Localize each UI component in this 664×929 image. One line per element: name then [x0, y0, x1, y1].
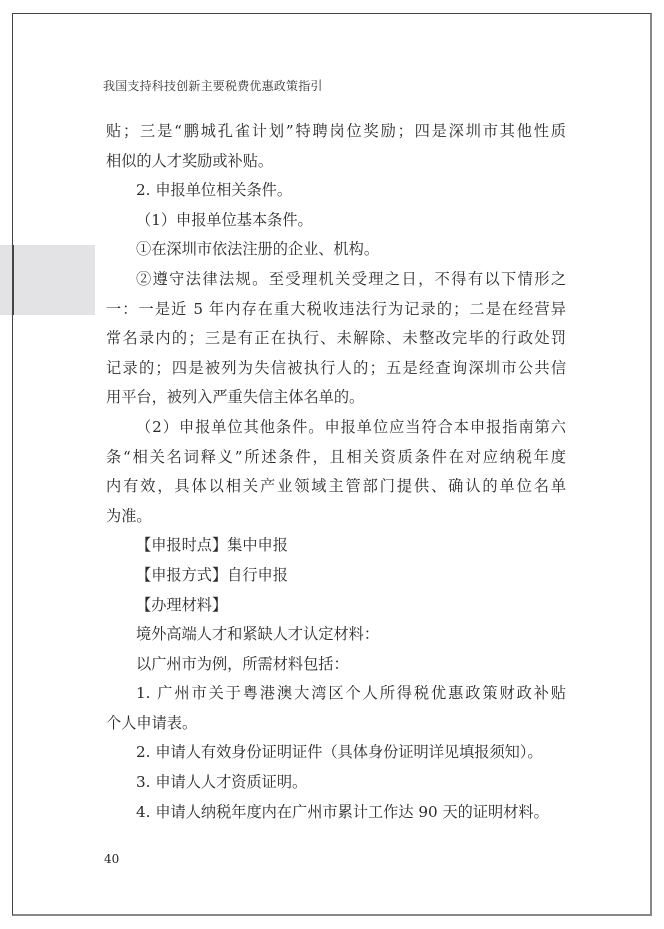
filing-method-label: 【申报方式】自行申报 — [106, 561, 566, 591]
filing-time-label: 【申报时点】集中申报 — [106, 531, 566, 561]
list-item: ②遵守法律法规。至受理机关受理之日，不得有以下情形之 — [106, 265, 566, 295]
frame-edge-line — [12, 245, 14, 315]
text-line: 条“相关名词释义”所述条件，且相关资质条件在对应纳税年度 — [106, 443, 566, 473]
list-item: 1. 广州市关于粤港澳大湾区个人所得税优惠政策财政补贴 — [106, 679, 566, 709]
text-line: 以广州市为例，所需材料包括： — [106, 650, 566, 680]
page-number: 40 — [104, 852, 119, 866]
text-line: 相似的人才奖励或补贴。 — [106, 147, 566, 177]
section-heading: 2. 申报单位相关条件。 — [106, 176, 566, 206]
text-line: 为准。 — [106, 502, 566, 532]
chapter-side-tab — [0, 245, 95, 315]
materials-heading: 【办理材料】 — [106, 591, 566, 621]
list-item: 2. 申请人有效身份证明证件（具体身份证明详见填报须知）。 — [106, 738, 566, 768]
running-header: 我国支持科技创新主要税费优惠政策指引 — [103, 77, 323, 94]
list-item: 3. 申请人人才资质证明。 — [106, 768, 566, 798]
list-item: ①在深圳市依法注册的企业、机构。 — [106, 235, 566, 265]
text-line: 个人申请表。 — [106, 709, 566, 739]
text-line: 记录的；四是被列为失信被执行人的；五是经查询深圳市公共信 — [106, 354, 566, 384]
body-text: 贴；三是“鹏城孔雀计划”特聘岗位奖励；四是深圳市其他性质 相似的人才奖励或补贴。… — [106, 117, 566, 827]
list-item: 4. 申请人纳税年度内在广州市累计工作达 90 天的证明材料。 — [106, 798, 566, 828]
subsection-heading: （2）申报单位其他条件。申报单位应当符合本申报指南第六 — [106, 413, 566, 443]
subsection-heading: （1）申报单位基本条件。 — [106, 206, 566, 236]
text-line: 常名录内的；三是有正在执行、未解除、未整改完毕的行政处罚 — [106, 324, 566, 354]
text-line: 一：一是近 5 年内存在重大税收违法行为记录的；二是在经营异 — [106, 295, 566, 325]
text-line: 贴；三是“鹏城孔雀计划”特聘岗位奖励；四是深圳市其他性质 — [106, 117, 566, 147]
text-line: 内有效，具体以相关产业领域主管部门提供、确认的单位名单 — [106, 472, 566, 502]
text-line: 境外高端人才和紧缺人才认定材料： — [106, 620, 566, 650]
text-line: 用平台，被列入严重失信主体名单的。 — [106, 383, 566, 413]
